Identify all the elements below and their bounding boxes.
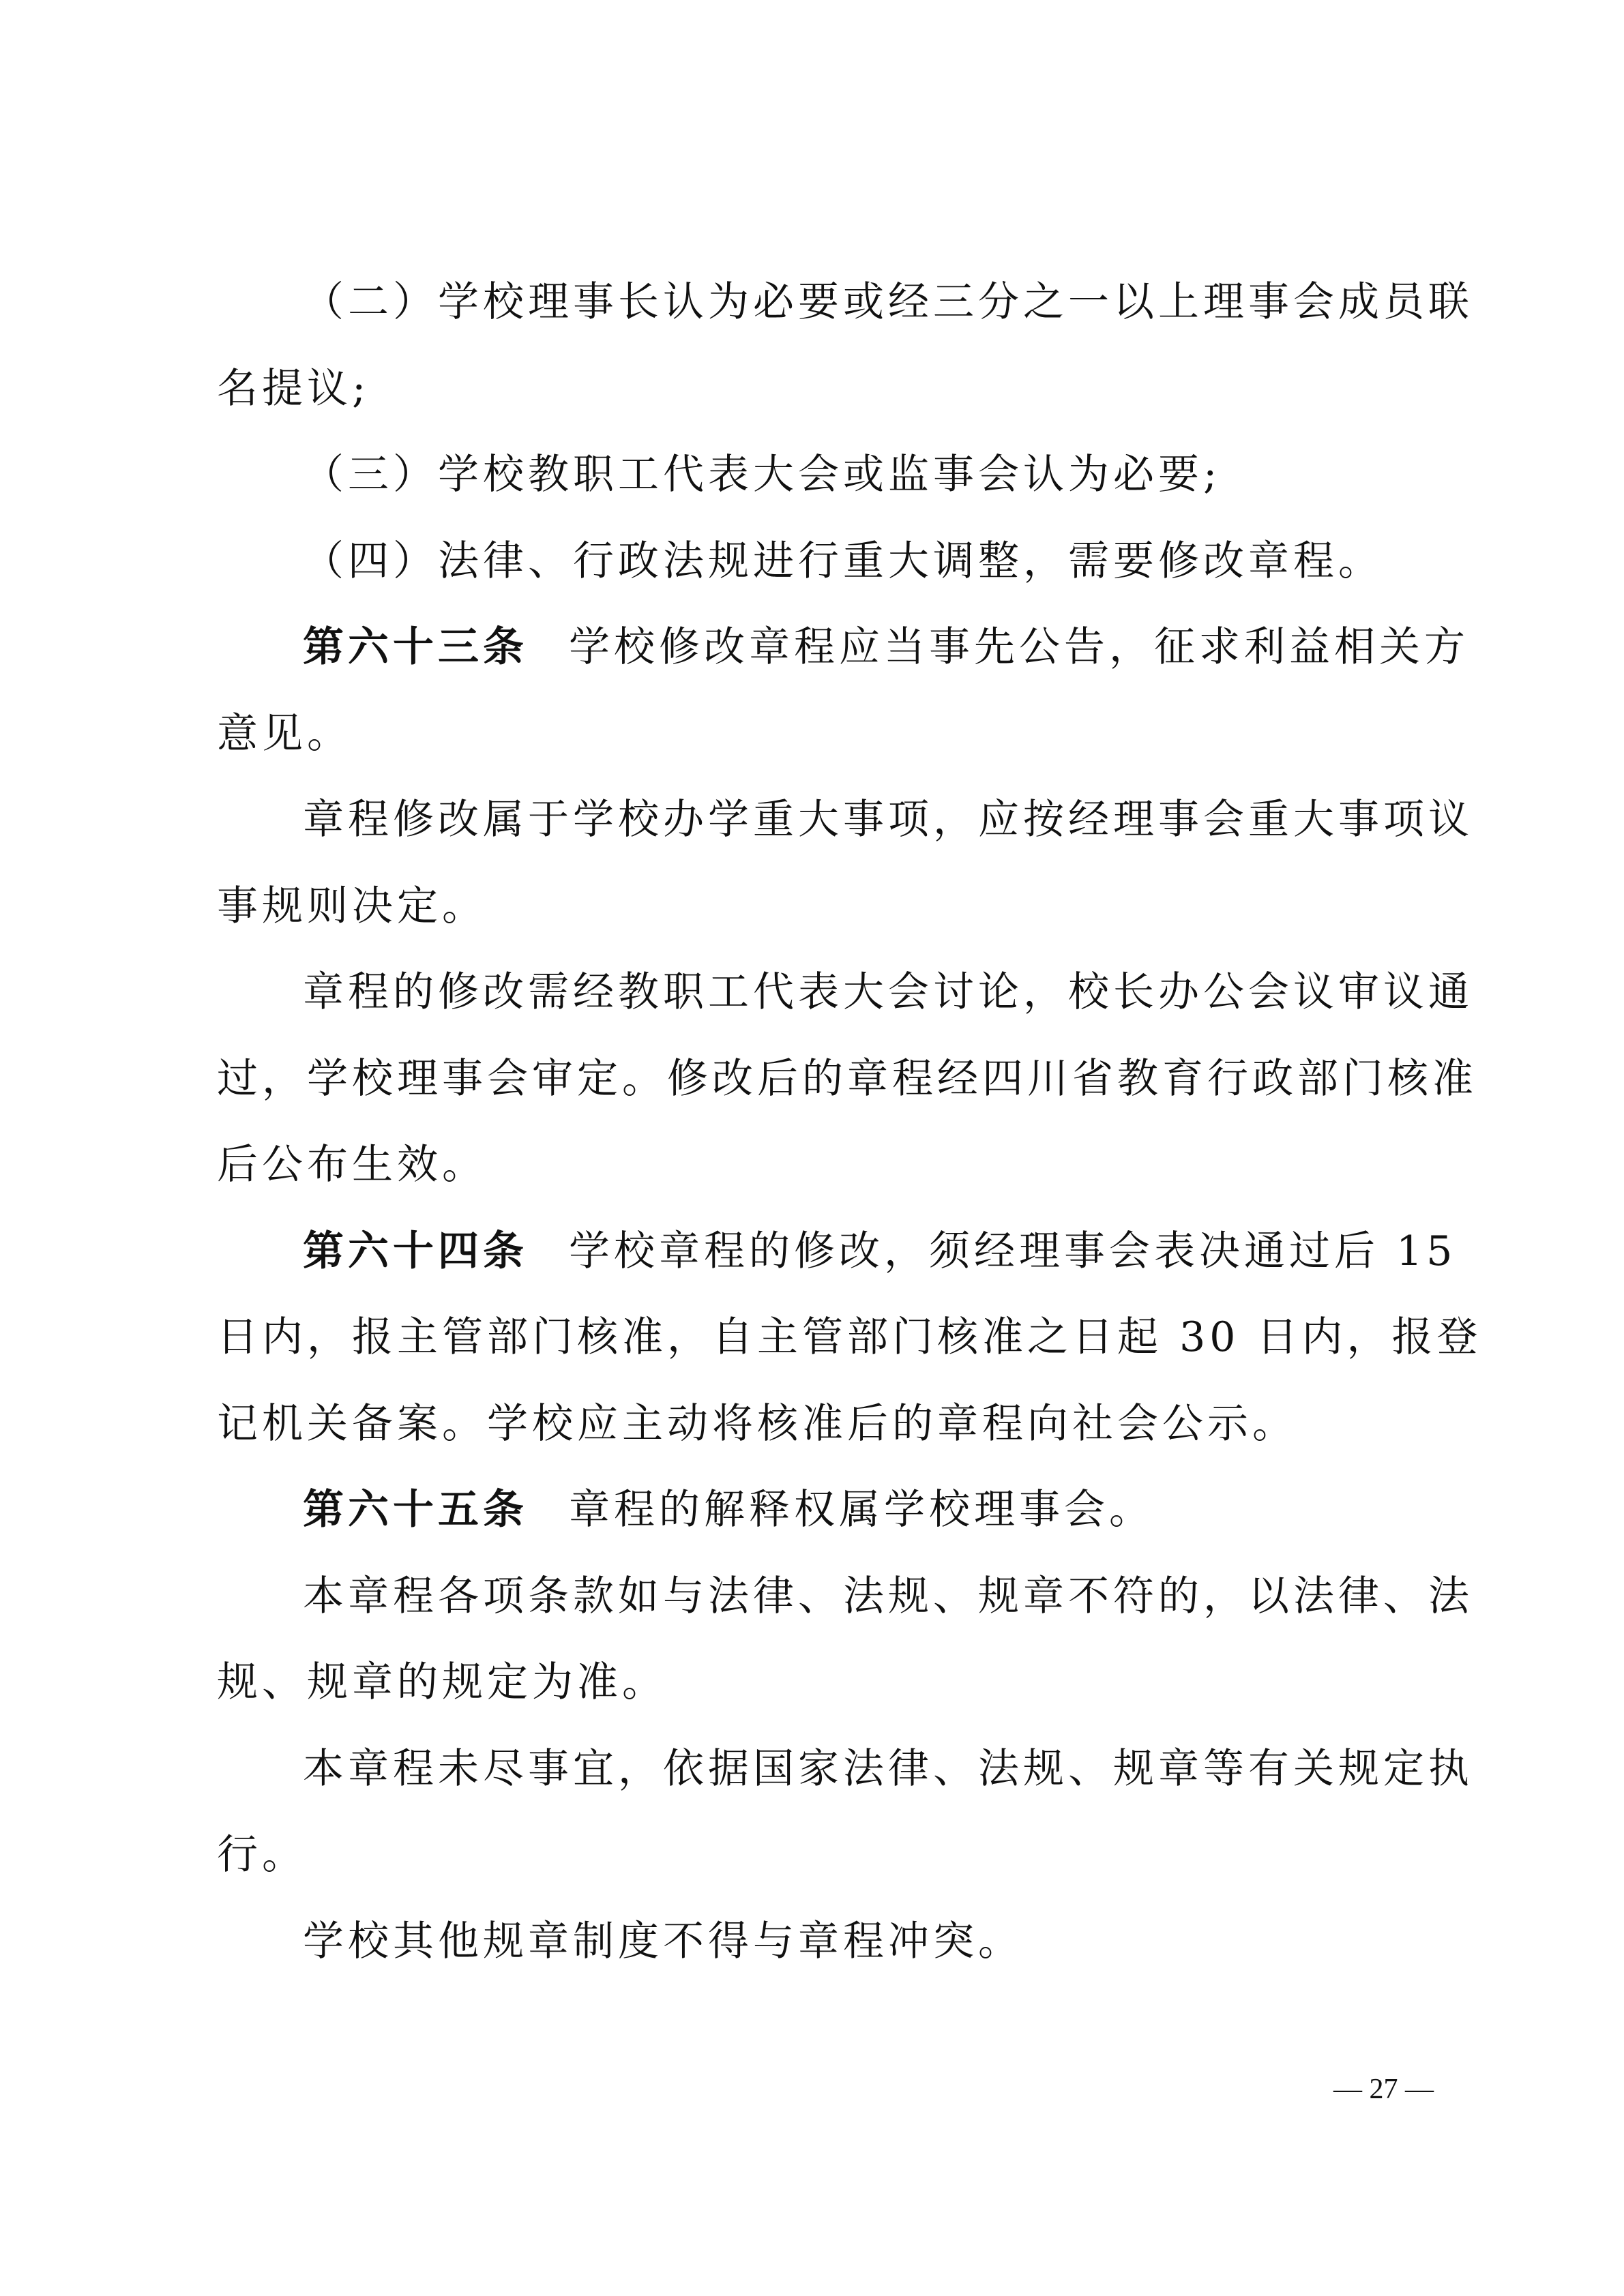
text-line: 过，学校理事会审定。修改后的章程经四川省教育行政部门核准 xyxy=(217,1036,1417,1122)
text-line: （二）学校理事长认为必要或经三分之一以上理事会成员联 xyxy=(217,259,1417,346)
text-line: 章程的修改需经教职工代表大会讨论，校长办公会议审议通 xyxy=(217,949,1417,1036)
paragraph-item-2: （二）学校理事长认为必要或经三分之一以上理事会成员联 名提议; xyxy=(217,259,1417,432)
text-line: 规、规章的规定为准。 xyxy=(217,1639,1417,1726)
paragraph-amendment-approval: 章程的修改需经教职工代表大会讨论，校长办公会议审议通 过，学校理事会审定。修改后… xyxy=(217,949,1417,1208)
article-65: 第六十五条章程的解释权属学校理事会。 xyxy=(217,1467,1417,1553)
text-line: （三）学校教职工代表大会或监事会认为必要; xyxy=(217,432,1417,518)
text-line: 章程修改属于学校办学重大事项，应按经理事会重大事项议 xyxy=(217,777,1417,863)
text-line: 事规则决定。 xyxy=(217,863,1417,950)
text-line: 第六十三条学校修改章程应当事先公告，征求利益相关方 xyxy=(217,604,1417,691)
text-line: 名提议; xyxy=(217,346,1417,432)
article-63: 第六十三条学校修改章程应当事先公告，征求利益相关方 意见。 xyxy=(217,604,1417,777)
paragraph-item-4: （四）法律、行政法规进行重大调整，需要修改章程。 xyxy=(217,518,1417,605)
paragraph-unaddressed-matters: 本章程未尽事宜，依据国家法律、法规、规章等有关规定执 行。 xyxy=(217,1726,1417,1898)
text-line: 第六十五条章程的解释权属学校理事会。 xyxy=(217,1467,1417,1553)
article-text: 章程的解释权属学校理事会。 xyxy=(569,1486,1154,1534)
text-line: 日内，报主管部门核准，自主管部门核准之日起 30 日内，报登 xyxy=(217,1294,1417,1381)
article-heading: 第六十四条 xyxy=(303,1227,528,1275)
document-body: （二）学校理事长认为必要或经三分之一以上理事会成员联 名提议; （三）学校教职工… xyxy=(217,259,1417,1984)
article-text: 学校修改章程应当事先公告，征求利益相关方 xyxy=(569,623,1469,671)
paragraph-item-3: （三）学校教职工代表大会或监事会认为必要; xyxy=(217,432,1417,518)
article-64: 第六十四条学校章程的修改，须经理事会表决通过后 15 日内，报主管部门核准，自主… xyxy=(217,1208,1417,1467)
article-text: 学校章程的修改，须经理事会表决通过后 15 xyxy=(569,1227,1456,1275)
article-heading: 第六十三条 xyxy=(303,623,528,671)
article-heading: 第六十五条 xyxy=(303,1486,528,1534)
text-line: 意见。 xyxy=(217,691,1417,777)
text-line: 本章程各项条款如与法律、法规、规章不符的，以法律、法 xyxy=(217,1553,1417,1640)
page-number: — 27 — xyxy=(1333,2073,1434,2106)
paragraph-legal-precedence: 本章程各项条款如与法律、法规、规章不符的，以法律、法 规、规章的规定为准。 xyxy=(217,1553,1417,1726)
text-line: 学校其他规章制度不得与章程冲突。 xyxy=(217,1898,1417,1985)
text-line: 记机关备案。学校应主动将核准后的章程向社会公示。 xyxy=(217,1381,1417,1467)
text-line: 本章程未尽事宜，依据国家法律、法规、规章等有关规定执 xyxy=(217,1726,1417,1813)
text-line: 后公布生效。 xyxy=(217,1122,1417,1208)
text-line: （四）法律、行政法规进行重大调整，需要修改章程。 xyxy=(217,518,1417,605)
text-line: 行。 xyxy=(217,1812,1417,1898)
paragraph-other-rules: 学校其他规章制度不得与章程冲突。 xyxy=(217,1898,1417,1985)
paragraph-amendment-procedure: 章程修改属于学校办学重大事项，应按经理事会重大事项议 事规则决定。 xyxy=(217,777,1417,949)
text-line: 第六十四条学校章程的修改，须经理事会表决通过后 15 xyxy=(217,1208,1417,1295)
